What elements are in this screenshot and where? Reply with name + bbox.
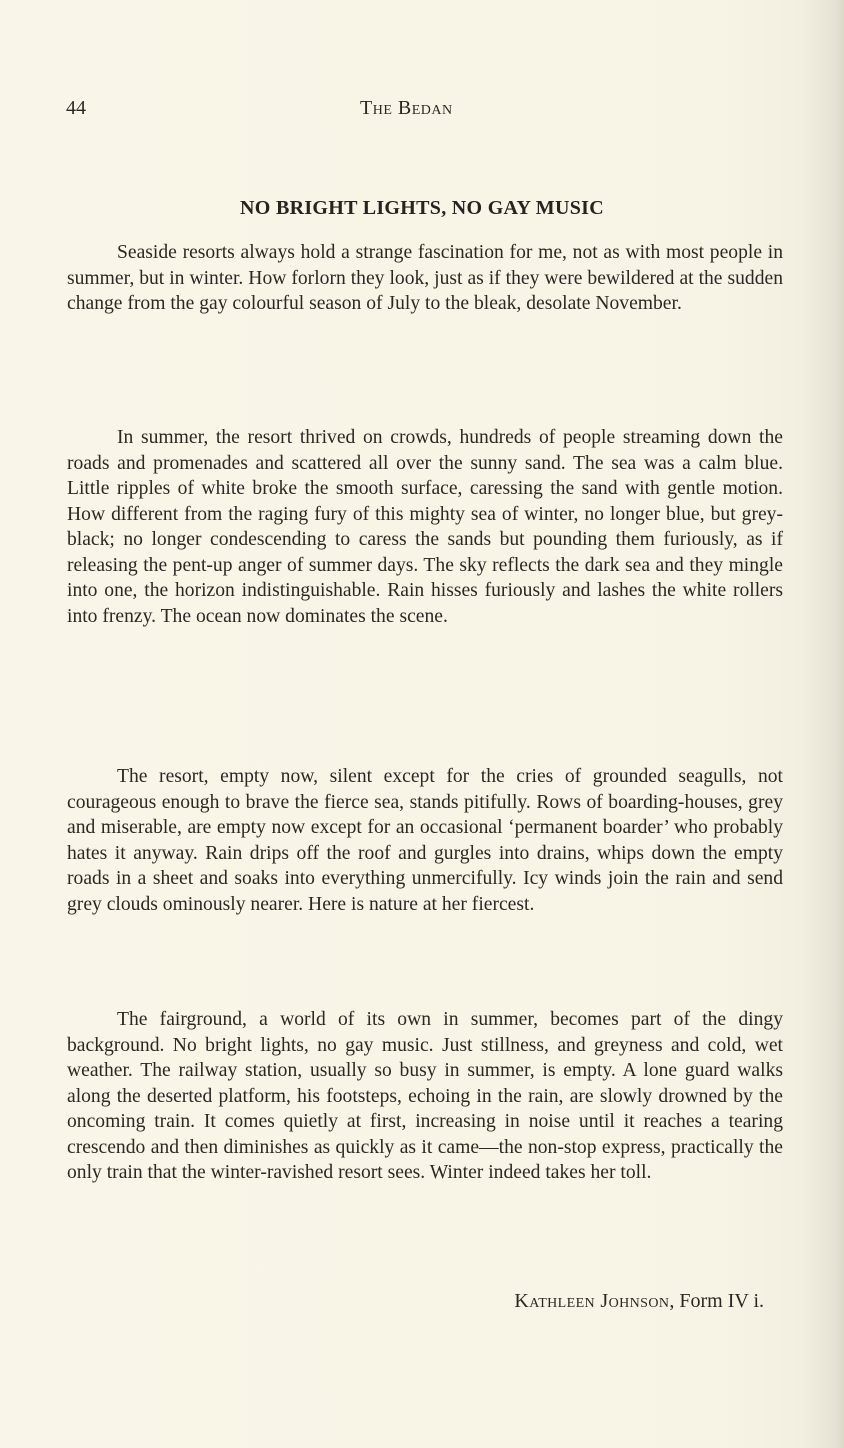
page-number: 44 xyxy=(66,97,86,120)
author-form: Form IV i. xyxy=(679,1290,764,1312)
book-page: 44 The Bedan NO BRIGHT LIGHTS, NO GAY MU… xyxy=(0,0,844,1448)
signature-separator: , xyxy=(669,1290,679,1312)
author-signature: Kathleen Johnson, Form IV i. xyxy=(514,1290,764,1313)
article-paragraph-4: The fairground, a world of its own in su… xyxy=(67,1007,783,1186)
running-title: The Bedan xyxy=(360,97,453,120)
article-paragraph-2: In summer, the resort thrived on crowds,… xyxy=(67,425,783,629)
page-header: 44 The Bedan xyxy=(66,97,766,127)
article-paragraph-3: The resort, empty now, silent except for… xyxy=(67,764,783,917)
article-paragraph-1: Seaside resorts always hold a strange fa… xyxy=(67,240,783,317)
article-title: NO BRIGHT LIGHTS, NO GAY MUSIC xyxy=(0,197,844,220)
author-name: Kathleen Johnson xyxy=(514,1290,669,1312)
